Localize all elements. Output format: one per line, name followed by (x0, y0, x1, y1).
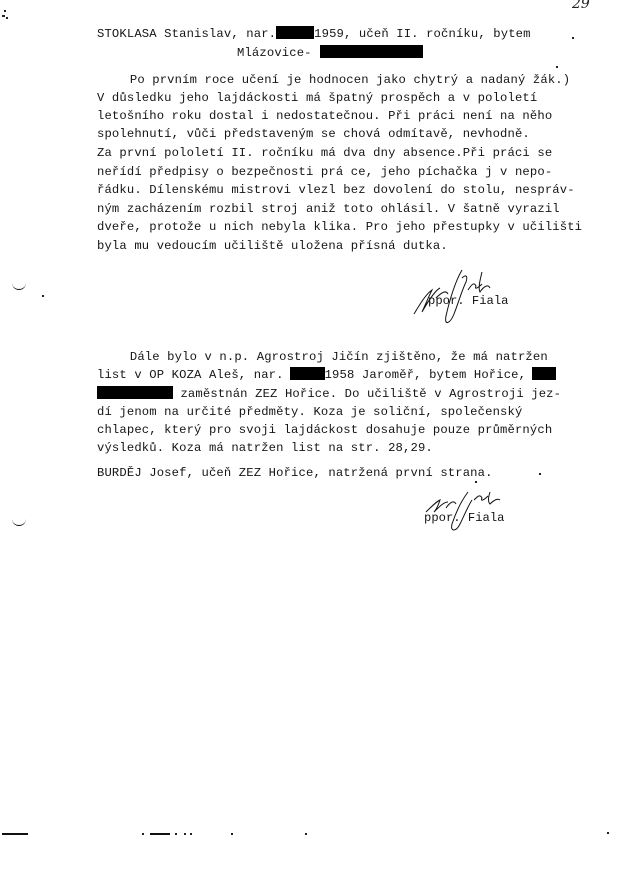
header-line-1: STOKLASA Stanislav, nar.1959, učeň II. r… (97, 26, 531, 42)
redaction-address (532, 367, 556, 380)
redaction-address (320, 45, 423, 58)
paragraph-line: zaměstnán ZEZ Hořice. Do učiliště v Agro… (97, 386, 561, 402)
punch-hole-mark (12, 518, 26, 526)
paragraph-line: Dále bylo v n.p. Agrostroj Jičín zjištěn… (100, 349, 548, 365)
paragraph-line: řádku. Dílenskému mistrovi vlezl bez dov… (97, 182, 575, 198)
paragraph-3: BURDĚJ Josef, učeň ZEZ Hořice, natržená … (97, 465, 493, 481)
paragraph-line: výsledků. Koza má natržen list na str. 2… (97, 440, 433, 456)
header-address-text: Mlázovice- (237, 46, 312, 60)
scan-speck (6, 17, 8, 19)
scan-edge-mark (2, 833, 28, 835)
scan-speck (556, 66, 558, 68)
signature-2: ppor. Fiala (418, 490, 528, 540)
paragraph-text: list v OP KOZA Aleš, nar. (97, 368, 284, 382)
header-line-2: Mlázovice- (237, 45, 423, 61)
paragraph-line: neřídí předpisy o bezpečnosti prá ce, je… (97, 164, 552, 180)
redaction-birthdate (276, 26, 314, 39)
scan-speck (175, 833, 177, 835)
paragraph-text: 1958 Jaroměř, bytem Hořice, (325, 368, 527, 382)
paragraph-line: byla mu vedoucím učiliště uložena přísná… (97, 238, 448, 254)
paragraph-line: dveře, protože u nich nebyla klika. Pro … (97, 219, 582, 235)
scan-speck (184, 833, 186, 835)
document-page: 29 STOKLASA Stanislav, nar.1959, učeň II… (0, 0, 622, 886)
paragraph-line: dí jenom na určité předměty. Koza je sol… (97, 404, 522, 420)
scan-speck (231, 833, 233, 835)
signature-1: ppor. Fiala (410, 268, 520, 328)
paragraph-line: spolehnutí, vůči představeným se chová o… (97, 126, 530, 142)
signature-1-name: ppor. Fiala (428, 293, 508, 309)
paragraph-line: letošního roku dostal i nedostatečnou. P… (97, 108, 552, 124)
scan-speck (475, 481, 477, 483)
page-number: 29 (572, 0, 590, 12)
scan-speck (2, 15, 5, 17)
paragraph-line: ným zacházením rozbil stroj aniž toto oh… (97, 201, 560, 217)
paragraph-line: chlapec, který pro svoji lajdáckost dosa… (97, 422, 552, 438)
signature-2-name: ppor. Fiala (424, 510, 504, 526)
header-name-text: STOKLASA Stanislav, nar. (97, 27, 276, 41)
header-details-text: 1959, učeň II. ročníku, bytem (314, 27, 530, 41)
paragraph-line: V důsledku jeho lajdáckosti má špatný pr… (97, 90, 537, 106)
paragraph-line: Po prvním roce učení je hodnocen jako ch… (100, 72, 570, 88)
scan-speck (142, 833, 144, 835)
scan-speck (190, 833, 192, 835)
scan-edge-mark (150, 833, 170, 835)
redaction-birthdate (290, 367, 325, 380)
scan-speck (539, 473, 541, 475)
redaction-address (97, 386, 173, 399)
scan-speck (4, 10, 6, 12)
scan-speck (42, 295, 44, 297)
scan-speck (305, 833, 307, 835)
punch-hole-mark (12, 282, 26, 290)
scan-speck (572, 37, 574, 39)
paragraph-line: Za první pololetí II. ročníku má dva dny… (97, 145, 552, 161)
paragraph-line: list v OP KOZA Aleš, nar.1958 Jaroměř, b… (97, 367, 556, 383)
paragraph-text: zaměstnán ZEZ Hořice. Do učiliště v Agro… (173, 387, 561, 401)
scan-speck (607, 832, 609, 834)
